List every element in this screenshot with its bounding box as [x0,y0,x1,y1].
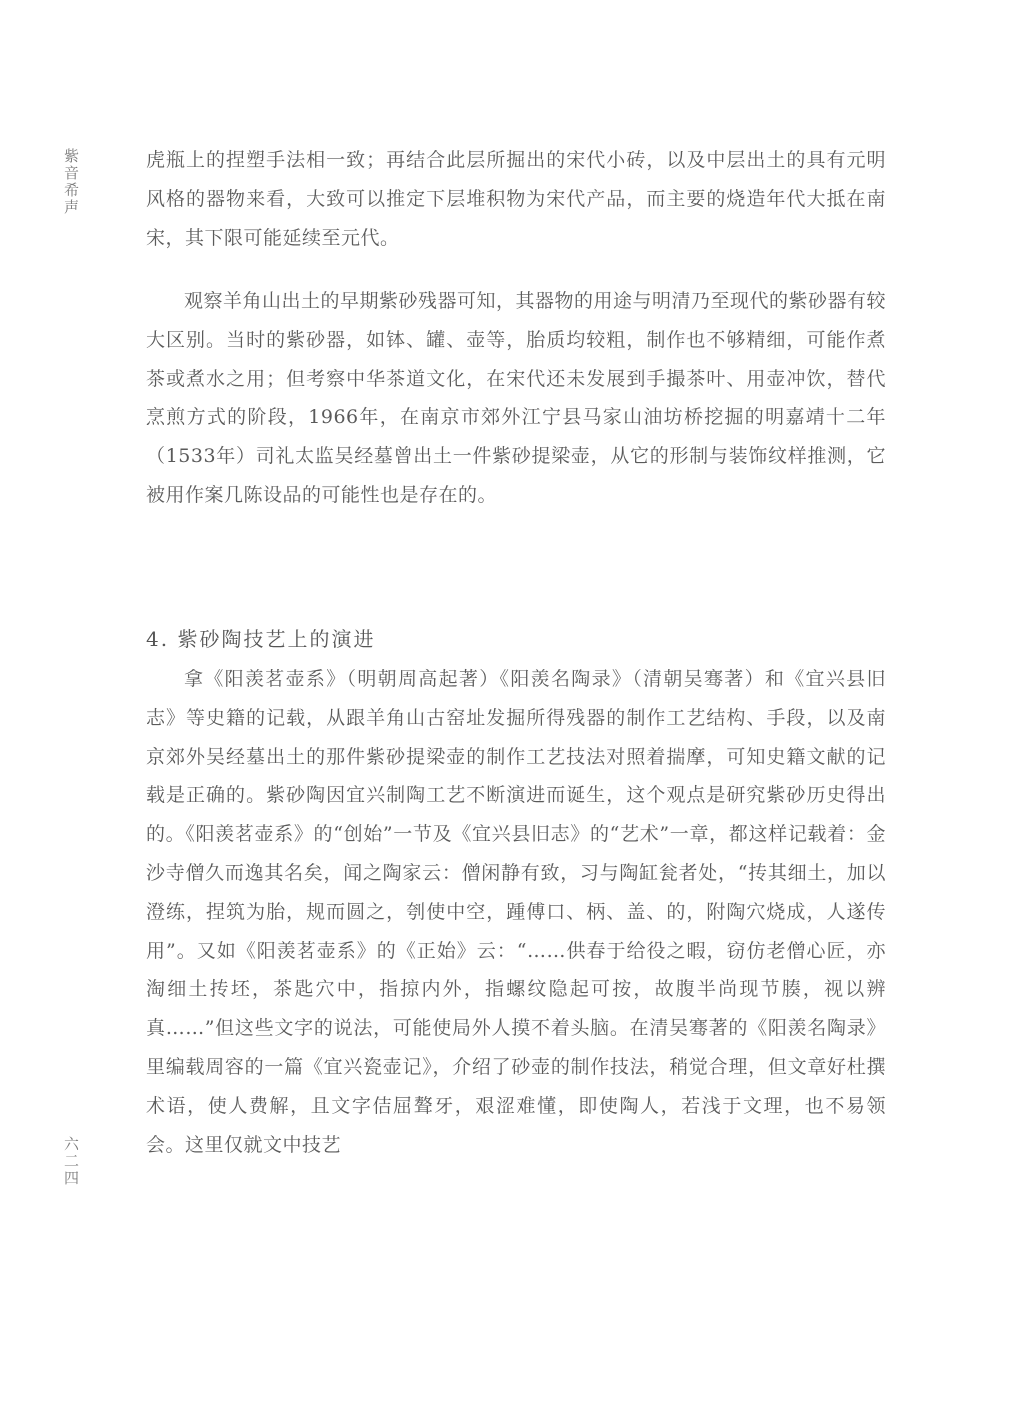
section-heading: 4. 紫砂陶技艺上的演进 [146,620,375,658]
paragraph-yangjiaoshan: 观察羊角山出土的早期紫砂残器可知，其器物的用途与明清乃至现代的紫砂器有较大区别。… [146,282,886,515]
paragraph-text: 拿《阳羡茗壶系》（明朝周高起著）《阳羡名陶录》（清朝吴骞著）和《宜兴县旧志》等史… [146,660,886,1164]
paragraph-text: 观察羊角山出土的早期紫砂残器可知，其器物的用途与明清乃至现代的紫砂器有较大区别。… [146,282,886,515]
section-paragraph: 拿《阳羡茗壶系》（明朝周高起著）《阳羡名陶录》（清朝吴骞著）和《宜兴县旧志》等史… [146,660,886,1164]
page-number: 六二四 [62,1136,82,1187]
paragraph-text: 虎瓶上的捏塑手法相一致；再结合此层所掘出的宋代小砖，以及中层出土的具有元明风格的… [146,141,886,257]
paragraph-continued: 虎瓶上的捏塑手法相一致；再结合此层所掘出的宋代小砖，以及中层出土的具有元明风格的… [146,141,886,257]
running-title: 紫音希声 [62,148,82,216]
